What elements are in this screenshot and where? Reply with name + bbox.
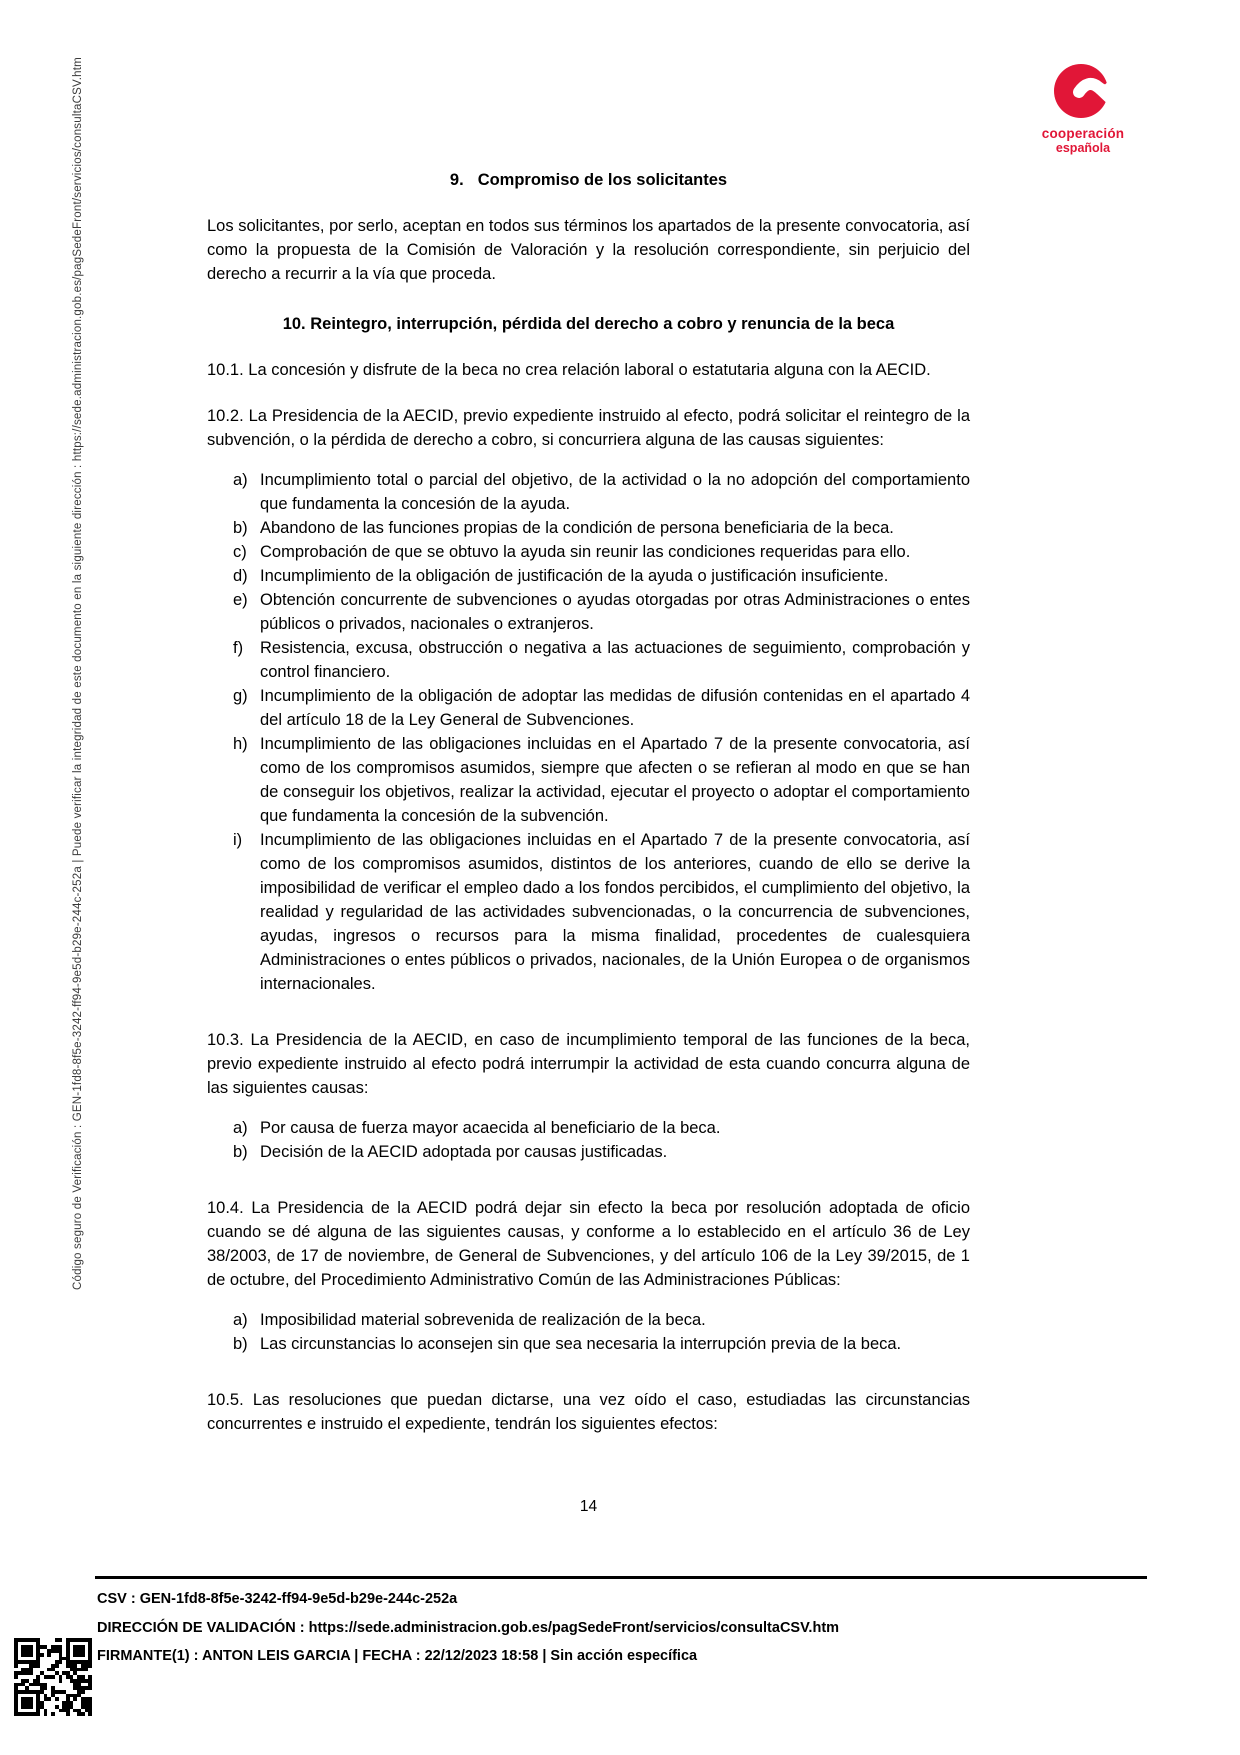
logo-c-icon [1052,62,1114,124]
qr-code-icon [14,1638,92,1716]
list-text: Incumplimiento total o parcial del objet… [260,468,970,516]
list-item: b) Abandono de las funciones propias de … [233,516,970,540]
section-10-heading: 10. Reintegro, interrupción, pérdida del… [207,312,970,336]
document-page: Código seguro de Verificación : GEN-1fd8… [0,0,1240,1755]
list-item: a) Imposibilidad material sobrevenida de… [233,1308,970,1332]
list-marker: b) [233,516,260,540]
list-10-3: a) Por causa de fuerza mayor acaecida al… [207,1116,970,1164]
list-text: Incumplimiento de las obligaciones inclu… [260,732,970,828]
footer-csv: CSV : GEN-1fd8-8f5e-3242-ff94-9e5d-b29e-… [97,1590,1147,1608]
list-marker: h) [233,732,260,828]
document-body: 9.Compromiso de los solicitantes Los sol… [207,168,970,1436]
list-text: Comprobación de que se obtuvo la ayuda s… [260,540,970,564]
list-marker: a) [233,1308,260,1332]
list-marker: e) [233,588,260,636]
list-text: Resistencia, excusa, obstrucción o negat… [260,636,970,684]
list-text: Incumplimiento de la obligación de justi… [260,564,970,588]
section-9-title: Compromiso de los solicitantes [478,171,727,189]
section-9-heading: 9.Compromiso de los solicitantes [207,168,970,192]
list-marker: b) [233,1332,260,1356]
list-marker: g) [233,684,260,732]
paragraph-10-3: 10.3. La Presidencia de la AECID, en cas… [207,1028,970,1100]
page-number: 14 [207,1498,970,1516]
list-marker: i) [233,828,260,996]
list-text: Imposibilidad material sobrevenida de re… [260,1308,970,1332]
list-item: g) Incumplimiento de la obligación de ad… [233,684,970,732]
list-marker: c) [233,540,260,564]
footer-signer: FIRMANTE(1) : ANTON LEIS GARCIA | FECHA … [97,1647,1147,1665]
list-text: Incumplimiento de las obligaciones inclu… [260,828,970,996]
list-text: Por causa de fuerza mayor acaecida al be… [260,1116,970,1140]
section-9-paragraph: Los solicitantes, por serlo, aceptan en … [207,214,970,286]
list-item: i) Incumplimiento de las obligaciones in… [233,828,970,996]
list-item: a) Por causa de fuerza mayor acaecida al… [233,1116,970,1140]
list-text: Incumplimiento de la obligación de adopt… [260,684,970,732]
list-item: d) Incumplimiento de la obligación de ju… [233,564,970,588]
footer: CSV : GEN-1fd8-8f5e-3242-ff94-9e5d-b29e-… [97,1590,1147,1676]
list-marker: a) [233,1116,260,1140]
paragraph-10-4: 10.4. La Presidencia de la AECID podrá d… [207,1196,970,1292]
paragraph-10-2: 10.2. La Presidencia de la AECID, previo… [207,404,970,452]
list-10-2: a) Incumplimiento total o parcial del ob… [207,468,970,996]
paragraph-10-1: 10.1. La concesión y disfrute de la beca… [207,358,970,382]
footer-divider [95,1576,1147,1579]
list-item: f) Resistencia, excusa, obstrucción o ne… [233,636,970,684]
list-item: e) Obtención concurrente de subvenciones… [233,588,970,636]
list-10-4: a) Imposibilidad material sobrevenida de… [207,1308,970,1356]
list-item: a) Incumplimiento total o parcial del ob… [233,468,970,516]
logo-text-line1: cooperación [1028,126,1138,141]
section-9-number: 9. [450,171,464,189]
list-text: Obtención concurrente de subvenciones o … [260,588,970,636]
paragraph-10-5: 10.5. Las resoluciones que puedan dictar… [207,1388,970,1436]
list-item: c) Comprobación de que se obtuvo la ayud… [233,540,970,564]
verification-code-strip: Código seguro de Verificación : GEN-1fd8… [72,112,84,1290]
list-marker: f) [233,636,260,684]
list-text: Las circunstancias lo aconsejen sin que … [260,1332,970,1356]
list-marker: b) [233,1140,260,1164]
list-marker: a) [233,468,260,516]
list-item: b) Decisión de la AECID adoptada por cau… [233,1140,970,1164]
list-marker: d) [233,564,260,588]
footer-validation-url: DIRECCIÓN DE VALIDACIÓN : https://sede.a… [97,1619,1147,1637]
list-text: Abandono de las funciones propias de la … [260,516,970,540]
logo-text-line2: española [1028,141,1138,155]
list-text: Decisión de la AECID adoptada por causas… [260,1140,970,1164]
list-item: b) Las circunstancias lo aconsejen sin q… [233,1332,970,1356]
list-item: h) Incumplimiento de las obligaciones in… [233,732,970,828]
cooperacion-espanola-logo: cooperación española [1028,62,1138,155]
